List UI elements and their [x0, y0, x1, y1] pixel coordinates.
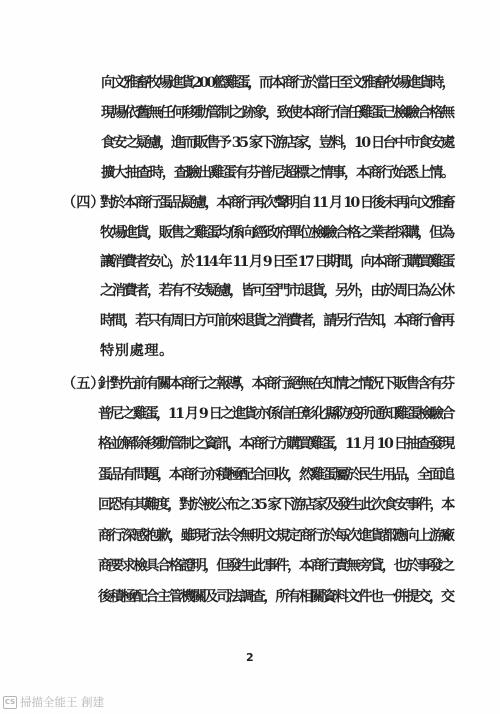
text-line: 格並解除移動管制之資訊，本商行方購買雞蛋，11 月 10 日抽查發現: [98, 435, 453, 453]
text-line: 對於本商行蛋品疑慮，本商行再次聲明自 11 月 10 日後未再向文雅畜: [100, 194, 453, 212]
text-line: 擴大抽查時，查驗出雞蛋有芬普尼超標之情事，本商行始悉上情。: [101, 164, 453, 182]
text-line: 牧場進貨，販售之雞蛋均係向經政府單位檢驗合格之業者採購，但為: [100, 224, 453, 242]
text-line: 回恐有其難度，對於被公布之 35 家下游店家及發生此次食安事件，本: [98, 496, 453, 514]
text-line: 之消費者，若有不安疑慮，皆可至門市退貨，另外，由於周日為公休: [100, 282, 453, 300]
scanner-watermark: CS 掃描全能王 創建: [3, 694, 104, 710]
text-line: 針對先前有關本商行之報導，本商行絕無在知情之情況下販售含有芬: [98, 375, 453, 393]
text-line: 蛋品有問題，本商行亦積極配合回收，然雞蛋屬於民生用品，全面追: [98, 466, 453, 484]
watermark-text: 掃描全能王 創建: [20, 694, 104, 710]
text-line: 現場依舊無任何移動管制之跡象，致使本商行信任雞蛋已檢驗合格無: [101, 104, 453, 122]
text-line: 後積極配合主管機關及司法調查，所有相關資料文件也一併提交，交: [98, 588, 453, 606]
text-line: 商行深感抱歉，雖現行法令無明文規定商行於每次進貨都應向上游廠: [98, 527, 453, 545]
text-line: 普尼之雞蛋，11 月 9 日之進貨亦係信任彰化縣防疫所通知雞蛋檢驗合: [98, 405, 453, 423]
page-number: 2: [246, 651, 254, 664]
text-line: 特別處理。: [100, 342, 174, 360]
camscanner-logo-icon: CS: [3, 696, 17, 709]
text-line: 向文雅畜牧場進貨200籃雞蛋，而本商行於當日至文雅畜牧場進貨時，: [101, 74, 453, 92]
text-line: 商要求檢具合格證明，但發生此事件，本商行責無旁貸，也於事發之: [98, 557, 453, 575]
text-line: 時間，若只有周日方可前來退貨之消費者，請另行告知，本商行會再: [100, 312, 453, 330]
scanned-document-page: 向文雅畜牧場進貨200籃雞蛋，而本商行於當日至文雅畜牧場進貨時， 現場依舊無任何…: [0, 0, 500, 714]
text-line: 讓消費者安心，於 114 年 11 月 9 日至 17 日期間，向本商行購買雞蛋: [100, 253, 453, 271]
text-line: 食安之疑慮，進而販售予 35 家下游店家，豈料，10 日台中市食安處: [101, 134, 453, 152]
section-marker-4: （四）: [62, 194, 105, 212]
